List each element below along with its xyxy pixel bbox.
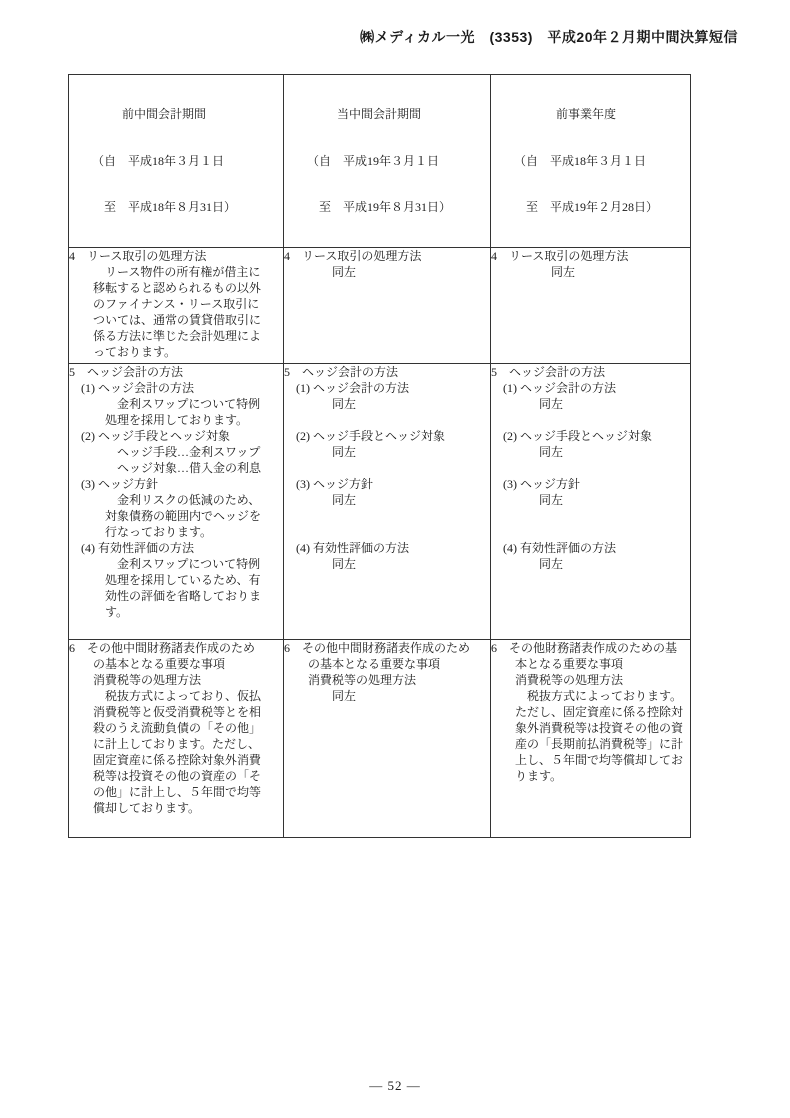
cell-hedge-current-interim: 5 ヘッジ会計の方法 (1) ヘッジ会計の方法 同左 (2) ヘッジ手段とヘッジ… — [284, 364, 491, 640]
period-from: （自 平成19年３月１日 — [307, 154, 451, 170]
column-title: 前中間会計期間 — [92, 107, 236, 123]
period-to: 至 平成19年２月28日） — [514, 200, 658, 216]
period-header-block: 前中間会計期間 （自 平成18年３月１日 至 平成18年８月31日） — [92, 76, 236, 247]
document-title: ㈱メディカル一光 (3353) 平成20年２月期中間決算短信 — [360, 27, 738, 47]
cell-lease-prev-fiscal-year: 4 リース取引の処理方法 同左 — [491, 248, 691, 364]
period-from: （自 平成18年３月１日 — [514, 154, 658, 170]
period-to: 至 平成18年８月31日） — [92, 200, 236, 216]
cell-other-prev-fiscal-year: 6 その他財務諸表作成のための基 本となる重要な事項 消費税等の処理方法 税抜方… — [491, 640, 691, 838]
table-row-lease-transactions: 4 リース取引の処理方法 リース物件の所有権が借主に 移転すると認められるもの以… — [69, 248, 691, 364]
cell-other-current-interim: 6 その他中間財務諸表作成のため の基本となる重要な事項 消費税等の処理方法 同… — [284, 640, 491, 838]
table-header-row: 前中間会計期間 （自 平成18年３月１日 至 平成18年８月31日） 当中間会計… — [69, 75, 691, 248]
column-header-current-interim-period: 当中間会計期間 （自 平成19年３月１日 至 平成19年８月31日） — [284, 75, 491, 248]
column-header-prev-fiscal-year: 前事業年度 （自 平成18年３月１日 至 平成19年２月28日） — [491, 75, 691, 248]
table-row-hedge-accounting: 5 ヘッジ会計の方法 (1) ヘッジ会計の方法 金利スワップについて特例 処理を… — [69, 364, 691, 640]
period-to: 至 平成19年８月31日） — [307, 200, 451, 216]
column-header-prev-interim-period: 前中間会計期間 （自 平成18年３月１日 至 平成18年８月31日） — [69, 75, 284, 248]
period-from: （自 平成18年３月１日 — [92, 154, 236, 170]
table-row-other-important-matters: 6 その他中間財務諸表作成のため の基本となる重要な事項 消費税等の処理方法 税… — [69, 640, 691, 838]
cell-hedge-prev-fiscal-year: 5 ヘッジ会計の方法 (1) ヘッジ会計の方法 同左 (2) ヘッジ手段とヘッジ… — [491, 364, 691, 640]
accounting-policies-table: 前中間会計期間 （自 平成18年３月１日 至 平成18年８月31日） 当中間会計… — [68, 74, 691, 838]
cell-other-prev-interim: 6 その他中間財務諸表作成のため の基本となる重要な事項 消費税等の処理方法 税… — [69, 640, 284, 838]
cell-lease-current-interim: 4 リース取引の処理方法 同左 — [284, 248, 491, 364]
column-title: 前事業年度 — [514, 107, 658, 123]
cell-hedge-prev-interim: 5 ヘッジ会計の方法 (1) ヘッジ会計の方法 金利スワップについて特例 処理を… — [69, 364, 284, 640]
cell-lease-prev-interim: 4 リース取引の処理方法 リース物件の所有権が借主に 移転すると認められるもの以… — [69, 248, 284, 364]
period-header-block: 前事業年度 （自 平成18年３月１日 至 平成19年２月28日） — [514, 76, 658, 247]
page-number: — 52 — — [0, 1078, 790, 1094]
document-page: ㈱メディカル一光 (3353) 平成20年２月期中間決算短信 前中間会計期間 （… — [0, 0, 790, 1118]
period-header-block: 当中間会計期間 （自 平成19年３月１日 至 平成19年８月31日） — [307, 76, 451, 247]
column-title: 当中間会計期間 — [307, 107, 451, 123]
